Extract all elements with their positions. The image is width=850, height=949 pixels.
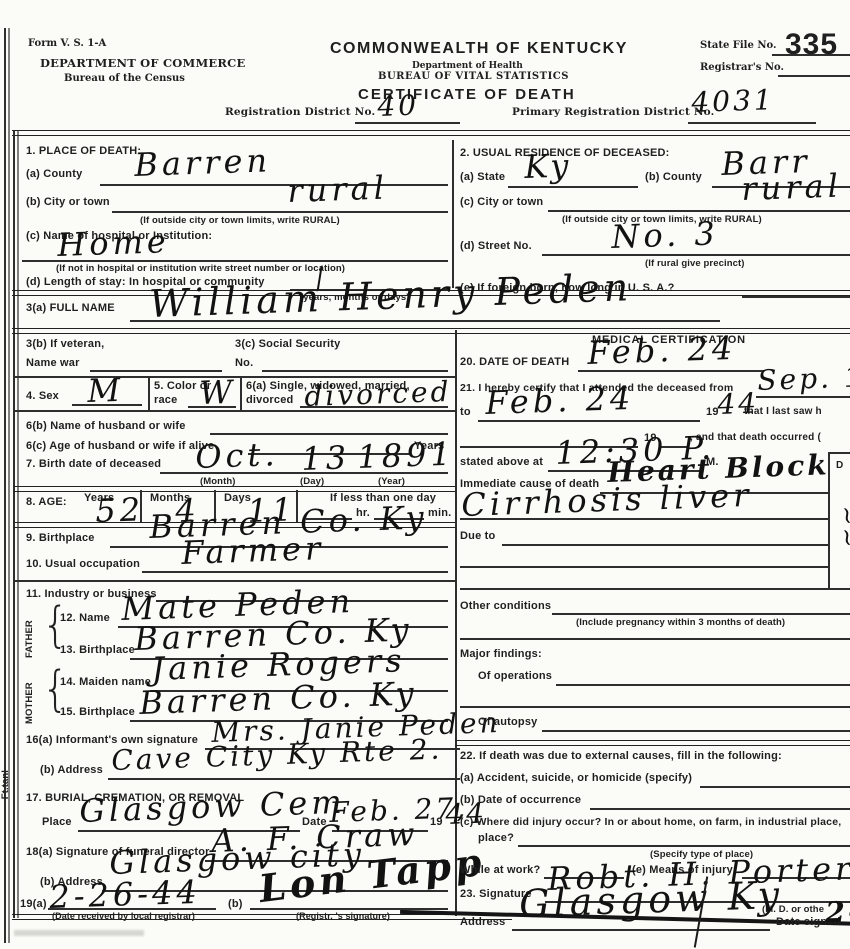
color-label-2: race — [154, 394, 177, 406]
sec2-street-hint: (If rural give precinct) — [645, 258, 745, 269]
box-top-border — [12, 130, 850, 136]
state-file-label: State File No. — [700, 40, 776, 51]
registrar-no-line — [778, 75, 850, 77]
demo-divider-1 — [148, 378, 150, 410]
operations-label: Of operations — [478, 670, 552, 682]
sec1-city-line — [112, 211, 448, 213]
left-margin-text: Ft.tanl — [0, 770, 11, 799]
primary-district-value: 4031 — [691, 83, 775, 119]
sec2-city-label: (c) City or town — [460, 196, 543, 208]
death-certificate-scan: Ft.tanl Form V. S. 1-A DEPARTMENT OF COM… — [0, 0, 850, 949]
sex-label: 4. Sex — [26, 390, 59, 402]
autopsy-line — [542, 730, 850, 732]
external-a-label: (a) Accident, suicide, or homicide (spec… — [460, 772, 692, 784]
dept-health: Department of Health — [412, 61, 523, 71]
major-findings-label: Major findings: — [460, 648, 542, 660]
operations-line-2 — [460, 706, 850, 708]
blank-line-2 — [460, 588, 828, 590]
scan-edge-line — [4, 28, 6, 943]
registrar-date-value: 2-26-44 — [49, 873, 202, 916]
marital-value: divorced — [304, 375, 452, 413]
sec1-hospital-hint: (If not in hospital or institution write… — [56, 263, 345, 274]
father-side-label: FATHER — [24, 600, 35, 658]
external-a-line — [700, 786, 850, 788]
autopsy-label: Of autopsy — [478, 716, 537, 728]
dept-commerce: DEPARTMENT OF COMMERCE — [40, 56, 245, 70]
while-at-work-label: While at work? — [460, 864, 540, 876]
commonwealth-title: COMMONWEALTH OF KENTUCKY — [330, 40, 628, 58]
veteran-namewar-label: Name war — [26, 357, 80, 369]
husband-line — [210, 433, 448, 435]
external-b-line — [590, 808, 850, 810]
sec2-state-label: (a) State — [460, 171, 505, 183]
sec1-city-hint: (If outside city or town limits, write R… — [140, 215, 340, 226]
ssn-line — [262, 370, 448, 372]
registrar-sig-hint: (Registr. 's signature) — [296, 911, 390, 921]
mother-name-label: 14. Maiden name — [60, 676, 151, 688]
date-signed-value: 2-2 — [825, 894, 850, 929]
column-divider-top — [452, 140, 454, 288]
occupation-label: 10. Usual occupation — [26, 558, 140, 570]
due-to-label: Due to — [460, 530, 495, 542]
certify-tail-saw: that I last saw h — [744, 406, 822, 417]
registrar-b-label: (b) — [228, 898, 243, 910]
mother-side-label: MOTHER — [24, 666, 35, 724]
duration-col-border — [828, 452, 830, 588]
ssn-no-label: No. — [235, 357, 253, 369]
dod-value: Feb. 24 — [587, 329, 737, 372]
sec2-state-value: Ky — [524, 146, 573, 186]
reg-district-label: Registration District No. — [225, 106, 375, 118]
occupation-value: Farmer — [181, 529, 325, 572]
informant-addr-label: (b) Address — [40, 764, 103, 776]
birthplace-label: 9. Birthplace — [26, 532, 95, 544]
external-c-line — [518, 845, 850, 847]
bureau-census: Bureau of the Census — [64, 73, 185, 84]
certify-to-label: to — [460, 406, 471, 418]
sec1-title: 1. PLACE OF DEATH: — [26, 145, 141, 157]
medical-external-divider — [455, 740, 850, 746]
other-conditions-line — [552, 613, 850, 615]
sec1-hospital-line — [22, 260, 448, 262]
sec2-street-value: No. 3 — [611, 214, 720, 256]
stated-label: stated above at — [460, 456, 543, 468]
sec2-state-line — [508, 186, 638, 188]
birthdate-day: 13 — [301, 438, 351, 478]
row-divider-2 — [13, 410, 455, 412]
sec2-county-label: (b) County — [645, 171, 702, 183]
duration-col-top — [828, 452, 850, 454]
marital-label-2: divorced — [246, 394, 293, 406]
external-c-label: (c) Where did injury occur? In or about … — [460, 816, 841, 828]
due-to-line — [502, 544, 828, 546]
primary-district-label: Primary Registration District No. — [512, 106, 715, 118]
other-conditions-line-2 — [460, 638, 850, 640]
duration-mark-2: ~ — [832, 525, 850, 553]
sec1-county-value: Barren — [134, 141, 272, 184]
reg-district-value: 40 — [377, 89, 420, 123]
dod-label: 20. DATE OF DEATH — [460, 356, 569, 368]
burial-19-printed: 19 — [430, 816, 443, 828]
birthdate-month: Oct. — [195, 435, 279, 476]
sec1-city-label: (b) City or town — [26, 196, 110, 208]
father-name-label: 12. Name — [60, 612, 110, 624]
spouse-age-label: 6(c) Age of husband or wife if alive — [26, 440, 214, 452]
scan-smudge — [14, 930, 144, 936]
sec2-street-label: (d) Street No. — [460, 240, 532, 252]
duration-col-bottom — [828, 588, 850, 590]
registrar-no-label: Registrar's No. — [700, 62, 784, 73]
row-divider-5 — [13, 580, 455, 582]
color-value: W — [199, 373, 237, 412]
other-conditions-hint: (Include pregnancy within 3 months of de… — [576, 617, 785, 628]
burial-place-label: Place — [42, 816, 72, 828]
father-bp-label: 13. Birthplace — [60, 644, 135, 656]
age-min-label: min. — [428, 507, 451, 519]
state-file-value: 335 — [785, 28, 838, 62]
sec1-county-label: (a) County — [26, 168, 82, 180]
certify-from-value: Sep. 10 — [757, 360, 850, 397]
other-conditions-label: Other conditions — [460, 600, 551, 612]
external-title: 22. If death was due to external causes,… — [460, 750, 782, 762]
certify-to-value: Feb. 24 — [485, 379, 635, 422]
cause-line-2 — [460, 518, 828, 520]
form-number: Form V. S. 1-A — [28, 38, 106, 49]
vital-stats: BUREAU OF VITAL STATISTICS — [378, 71, 569, 82]
sec2-city-value: rural — [741, 167, 843, 208]
informant-addr-line — [108, 778, 460, 780]
sec1-hospital-value: Home — [57, 222, 171, 264]
sec1-county-line — [100, 184, 448, 186]
sec2-city-line — [548, 210, 850, 212]
physician-addr-line — [512, 929, 770, 931]
demo-divider-2 — [240, 378, 242, 410]
operations-line — [556, 684, 850, 686]
veteran-label: 3(b) If veteran, — [26, 338, 104, 350]
registrar-a-label: 19(a) — [20, 898, 47, 910]
external-b-label: (b) Date of occurrence — [460, 794, 581, 806]
mother-bp-label: 15. Birthplace — [60, 706, 135, 718]
husband-label: 6(b) Name of husband or wife — [26, 420, 186, 432]
ssn-label: 3(c) Social Security — [235, 338, 341, 350]
duration-col-label: D — [836, 460, 843, 471]
sec1-city-value: rural — [287, 169, 389, 210]
registrar-date-hint: (Date received by local registrar) — [52, 911, 195, 921]
birthdate-year: 1891 — [357, 435, 456, 476]
fullname-label: 3(a) FULL NAME — [26, 302, 115, 314]
reg-district-line — [355, 122, 460, 124]
physician-addr-label: Address — [460, 916, 505, 928]
sec2-foreign-line — [742, 296, 850, 298]
age-label: 8. AGE: — [26, 496, 67, 508]
birthdate-label: 7. Birth date of deceased — [26, 458, 161, 470]
primary-district-line — [688, 122, 816, 124]
blank-line-1 — [460, 566, 828, 568]
sec2-street-line — [542, 254, 850, 256]
fullname-value: William Henry Peden — [148, 265, 632, 326]
age-divider-1 — [140, 490, 142, 523]
physician-addr-value: Glasgow Ky — [518, 873, 783, 926]
external-c2-label: place? — [478, 832, 514, 844]
scan-edge-line-2 — [8, 28, 10, 943]
sex-value: M — [87, 371, 125, 410]
